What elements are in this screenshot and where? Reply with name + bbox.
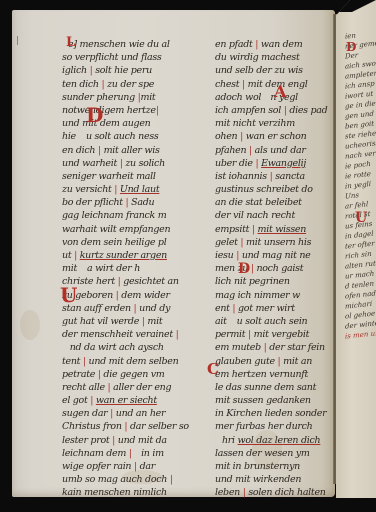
left-text-column: Le] menschen wie du also verpflicht und … bbox=[62, 38, 202, 500]
facing-initial-D: D bbox=[346, 40, 356, 54]
text-line: uber die | Ewangelij bbox=[215, 157, 333, 170]
text-line: lich nit pegrinen bbox=[215, 275, 333, 288]
text-line: sunder pherung |mit bbox=[62, 91, 202, 104]
facing-page-text: ienner gemeDeraich swolampletemich anspi… bbox=[345, 28, 376, 341]
text-line: mit nicht verzihm bbox=[215, 117, 333, 130]
text-line: tent | und mit dem selben bbox=[62, 355, 202, 368]
text-line: an die stat beleibet bbox=[215, 196, 333, 209]
text-line: iglich | solt hie peru bbox=[62, 64, 202, 77]
text-line: recht alle | aller der eng bbox=[62, 381, 202, 394]
text-line: wige opfer rain | dar bbox=[62, 460, 202, 473]
rubric-initial-C: C bbox=[207, 360, 219, 378]
text-line: ohen | wan er schon bbox=[215, 130, 333, 143]
text-line: gag leichnam franck m bbox=[62, 209, 202, 222]
text-line: gut hat vil werde | mit bbox=[62, 315, 202, 328]
text-line: ut | kurtz sunder argen bbox=[62, 249, 202, 262]
text-line: men zu | noch gaist bbox=[215, 262, 333, 275]
text-line: sugen dar | und an her bbox=[62, 407, 202, 420]
rubric-initial-U: U bbox=[60, 283, 77, 307]
text-line: ent | got mer wirt bbox=[215, 302, 333, 315]
text-line: notwendigem hertze| bbox=[62, 104, 202, 117]
shadow bbox=[336, 498, 376, 512]
text-line: gelet | mit unsern his bbox=[215, 236, 333, 249]
text-line: so verpflicht und flass bbox=[62, 51, 202, 64]
text-line: und mit wirkenden bbox=[215, 473, 333, 486]
text-line: stan auff erden | und dy bbox=[62, 302, 202, 315]
text-line: in Kirchen lieden sonder bbox=[215, 407, 333, 420]
text-line: permit | mit vergebit bbox=[215, 328, 333, 341]
text-line: Le] menschen wie du al bbox=[62, 38, 202, 51]
text-line: pfahen | als und dar bbox=[215, 144, 333, 157]
margin-mark bbox=[17, 36, 18, 45]
text-line: lassen der wesen ym bbox=[215, 447, 333, 460]
text-line: hie Du solt auch ness bbox=[62, 130, 202, 143]
rubric-initial-D: D bbox=[238, 261, 250, 277]
text-line: em hertzen vernunft bbox=[215, 368, 333, 381]
text-line: mer furbas her durch bbox=[215, 420, 333, 433]
rubric-initial-A: A bbox=[274, 82, 286, 101]
shadow bbox=[336, 0, 376, 12]
text-line: zu geboren | dem wider bbox=[62, 289, 202, 302]
text-line: mit Da wirt der h bbox=[62, 262, 202, 275]
text-line: leichnam dem | Ein im bbox=[62, 447, 202, 460]
text-line: mag ich nimmer w bbox=[215, 289, 333, 302]
text-line: bo der pflicht | Sadu bbox=[62, 196, 202, 209]
facing-initial-U: U bbox=[355, 210, 367, 226]
text-line: von dem sein heilige pl bbox=[62, 236, 202, 249]
text-line: Chri wol daz leren dich bbox=[215, 434, 333, 447]
text-line: der menschheit verainet | bbox=[62, 328, 202, 341]
text-line: mit sussen gedanken bbox=[215, 394, 333, 407]
text-line: empsitt | mit wissen bbox=[215, 223, 333, 236]
text-line: petrate | die gegen vm bbox=[62, 368, 202, 381]
text-line: umb so mag auch doch | bbox=[62, 473, 202, 486]
text-line: en dich | mit aller wis bbox=[62, 144, 202, 157]
text-line: ten dich | zu der spe bbox=[62, 78, 202, 91]
rubric-initial-L: L bbox=[66, 35, 75, 50]
text-line: du wirdig machest bbox=[215, 51, 333, 64]
text-line: gustinus schreibet do bbox=[215, 183, 333, 196]
text-line: ait Du solt auch sein bbox=[215, 315, 333, 328]
text-line: christe hert | gesichtet an bbox=[62, 275, 202, 288]
text-line: Christus fron | dar selber so bbox=[62, 420, 202, 433]
text-line: lester prot | und mit da bbox=[62, 434, 202, 447]
text-line: em muteb | der star fein bbox=[215, 341, 333, 354]
text-line: Und da wirt ach aysch bbox=[62, 341, 202, 354]
text-line: glauben gute | mit an bbox=[215, 355, 333, 368]
text-line: leben | solen dich halten bbox=[215, 486, 333, 499]
text-line: mit in brunsternyn bbox=[215, 460, 333, 473]
text-line: seniger warheit mall bbox=[62, 170, 202, 183]
text-line: ich ampfen sol | dies pad bbox=[215, 104, 333, 117]
text-line: en pfadt | wan dem bbox=[215, 38, 333, 51]
rubric-initial-D: D bbox=[86, 103, 103, 127]
text-line: le das sunne dem sant bbox=[215, 381, 333, 394]
text-line: der vil nach recht bbox=[215, 209, 333, 222]
right-text-column: en pfadt | wan demdu wirdig machestund s… bbox=[215, 38, 333, 500]
text-line: und selb der zu wis bbox=[215, 64, 333, 77]
text-line: warhait wilt empfangen bbox=[62, 223, 202, 236]
text-line: und mit dem augen bbox=[62, 117, 202, 130]
text-line: iesu | und mag nit ne bbox=[215, 249, 333, 262]
text-line: el got | wan er siecht bbox=[62, 394, 202, 407]
text-line: und warheit | zu solich bbox=[62, 157, 202, 170]
text-line: kain menschen nimlich bbox=[62, 486, 202, 499]
stain bbox=[20, 310, 40, 340]
text-line: ist iohannis | sancta bbox=[215, 170, 333, 183]
text-line: zu versicht | Und laut bbox=[62, 183, 202, 196]
